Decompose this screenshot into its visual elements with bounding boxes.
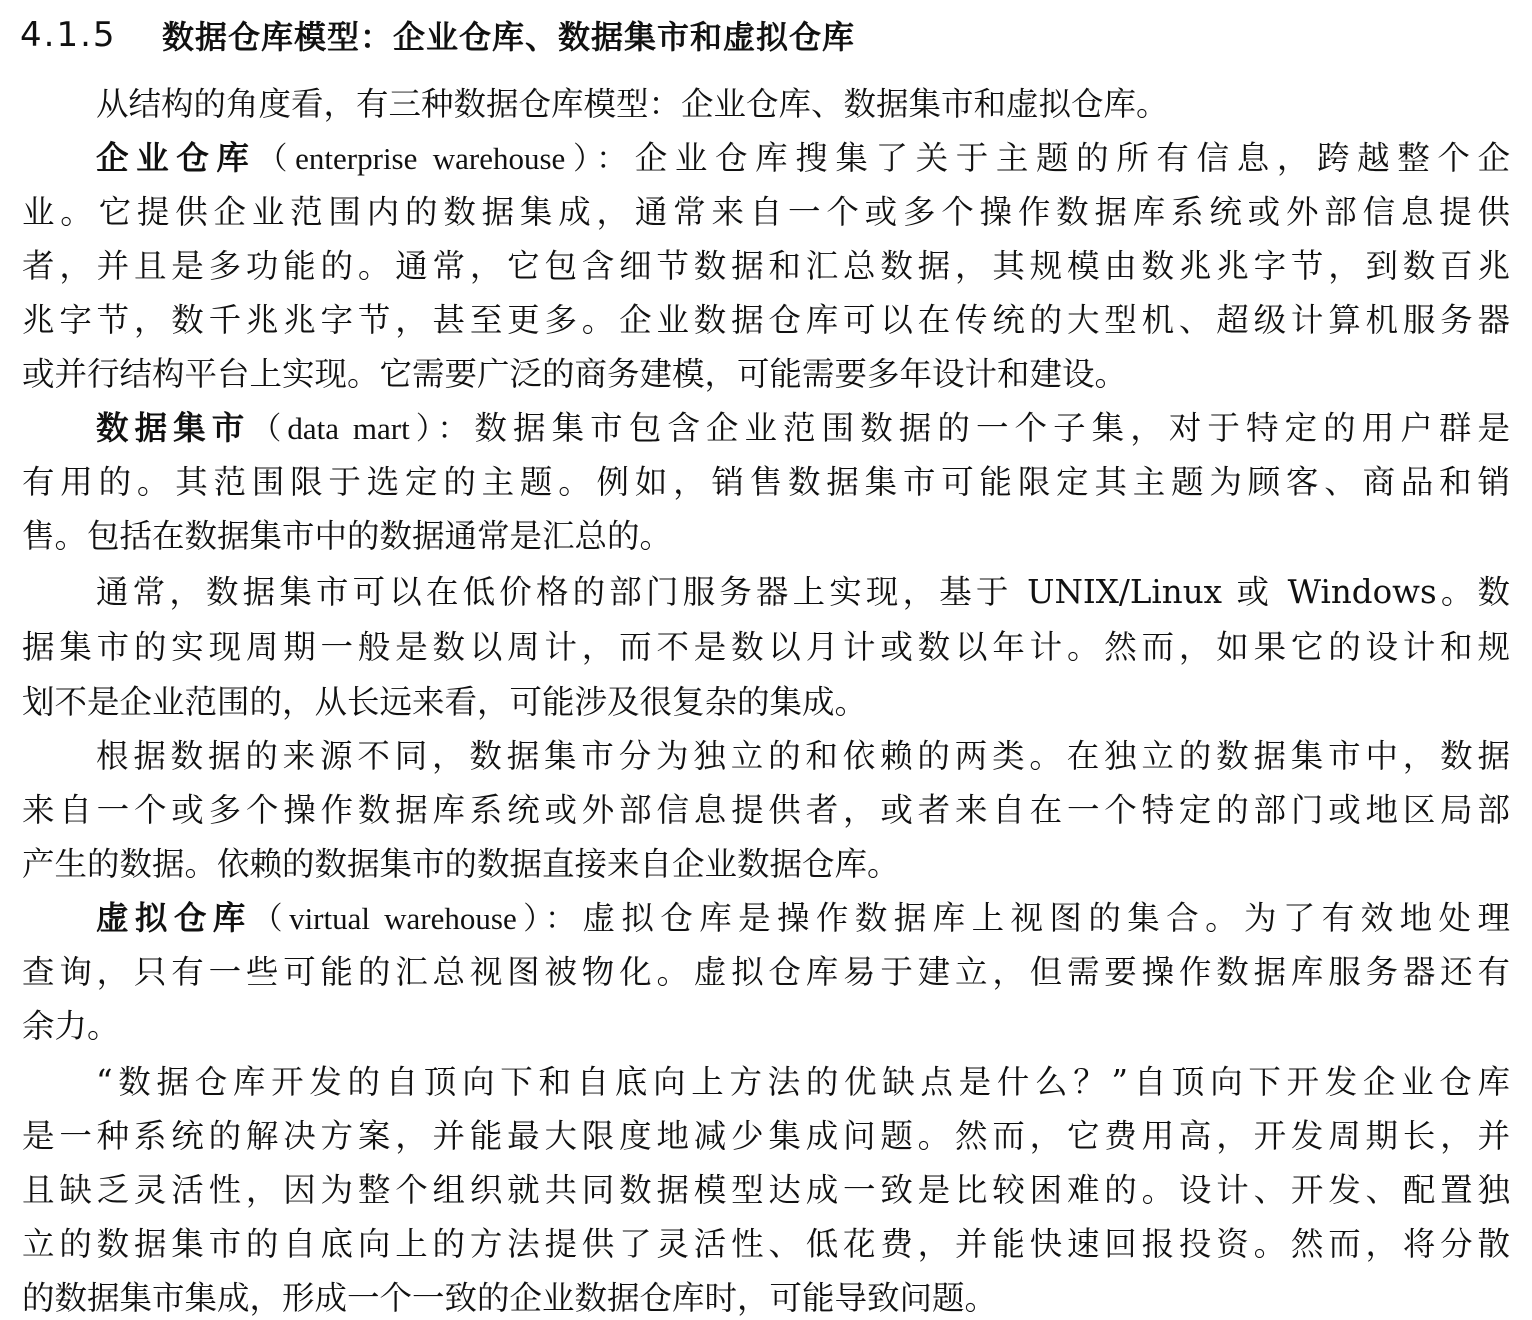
text-line: 通常，数据集市可以在低价格的部门服务器上实现，基于 UNIX/Linux 或 W…: [96, 565, 1510, 619]
text-line: 兆字节，数千兆兆字节，甚至更多。企业数据仓库可以在传统的大型机、超级计算机服务器: [22, 293, 1510, 347]
text-line: 且缺乏灵活性，因为整个组织就共同数据模型达成一致是比较困难的。设计、开发、配置独: [22, 1163, 1510, 1217]
text-line: 数据集市包含企业范围数据的一个子集，对于特定的用户群是: [474, 409, 1510, 447]
text-line: 或并行结构平台上实现。它需要广泛的商务建模，可能需要多年设计和建设。: [22, 347, 1510, 401]
text-line: 查询，只有一些可能的汇总视图被物化。虚拟仓库易于建立，但需要操作数据库服务器还有: [22, 945, 1510, 999]
text-line: 余力。: [22, 999, 1510, 1053]
section-number: 4.1.5: [20, 15, 162, 55]
paragraph-intro-line: 从结构的角度看，有三种数据仓库模型：企业仓库、数据集市和虚拟仓库。: [96, 77, 1510, 131]
text-line: 虚拟仓库是操作数据库上视图的集合。为了有效地处理: [582, 899, 1510, 937]
term-enterprise-warehouse: 企业仓库: [96, 139, 257, 177]
text-line: 立的数据集市的自底向上的方法提供了灵活性、低花费，并能快速回报投资。然而，将分散: [22, 1217, 1510, 1271]
text-line: 有用的。其范围限于选定的主题。例如，销售数据集市可能限定其主题为顾客、商品和销: [22, 455, 1510, 509]
text-line: 是一种系统的解决方案，并能最大限度地减少集成问题。然而，它费用高，开发周期长，并: [22, 1109, 1510, 1163]
term-english: （enterprise warehouse）：: [257, 141, 635, 176]
text-line: 从结构的角度看，有三种数据仓库模型：企业仓库、数据集市和虚拟仓库。: [96, 85, 1169, 123]
term-english: （data mart）：: [250, 411, 474, 446]
text-line: 据集市的实现周期一般是数以周计，而不是数以月计或数以年计。然而，如果它的设计和规: [22, 620, 1510, 674]
text-line: 划不是企业范围的，从长远来看，可能涉及很复杂的集成。: [22, 675, 1510, 729]
term-english: （virtual warehouse）：: [252, 901, 583, 936]
paragraph-enterprise-warehouse-line: 企业仓库（enterprise warehouse）：企业仓库搜集了关于主题的所…: [96, 131, 1510, 185]
text-line: 售。包括在数据集市中的数据通常是汇总的。: [22, 509, 1510, 563]
text-line: 者，并且是多功能的。通常，它包含细节数据和汇总数据，其规模由数兆兆字节，到数百兆: [22, 239, 1510, 293]
text-line: 业。它提供企业范围内的数据集成，通常来自一个或多个操作数据库系统或外部信息提供: [22, 185, 1510, 239]
term-data-mart: 数据集市: [96, 409, 250, 447]
text-line: 的数据集市集成，形成一个一致的企业数据仓库时，可能导致问题。: [22, 1271, 1510, 1320]
paragraph-data-mart-line: 数据集市（data mart）：数据集市包含企业范围数据的一个子集，对于特定的用…: [96, 401, 1510, 455]
text-line: 根据数据的来源不同，数据集市分为独立的和依赖的两类。在独立的数据集市中，数据: [96, 729, 1510, 783]
text-line: 产生的数据。依赖的数据集市的数据直接来自企业数据仓库。: [22, 837, 1510, 891]
text-line: “数据仓库开发的自顶向下和自底向上方法的优缺点是什么？”自顶向下开发企业仓库: [96, 1055, 1510, 1109]
section-title: 数据仓库模型：企业仓库、数据集市和虚拟仓库: [162, 12, 855, 58]
text-line: 企业仓库搜集了关于主题的所有信息，跨越整个企: [635, 139, 1510, 177]
section-heading: 4.1.5 数据仓库模型：企业仓库、数据集市和虚拟仓库: [20, 10, 855, 60]
term-virtual-warehouse: 虚拟仓库: [96, 899, 252, 937]
document-page: 4.1.5 数据仓库模型：企业仓库、数据集市和虚拟仓库 从结构的角度看，有三种数…: [0, 0, 1532, 1320]
paragraph-virtual-warehouse-line: 虚拟仓库（virtual warehouse）：虚拟仓库是操作数据库上视图的集合…: [96, 891, 1510, 945]
text-line: 来自一个或多个操作数据库系统或外部信息提供者，或者来自在一个特定的部门或地区局部: [22, 783, 1510, 837]
